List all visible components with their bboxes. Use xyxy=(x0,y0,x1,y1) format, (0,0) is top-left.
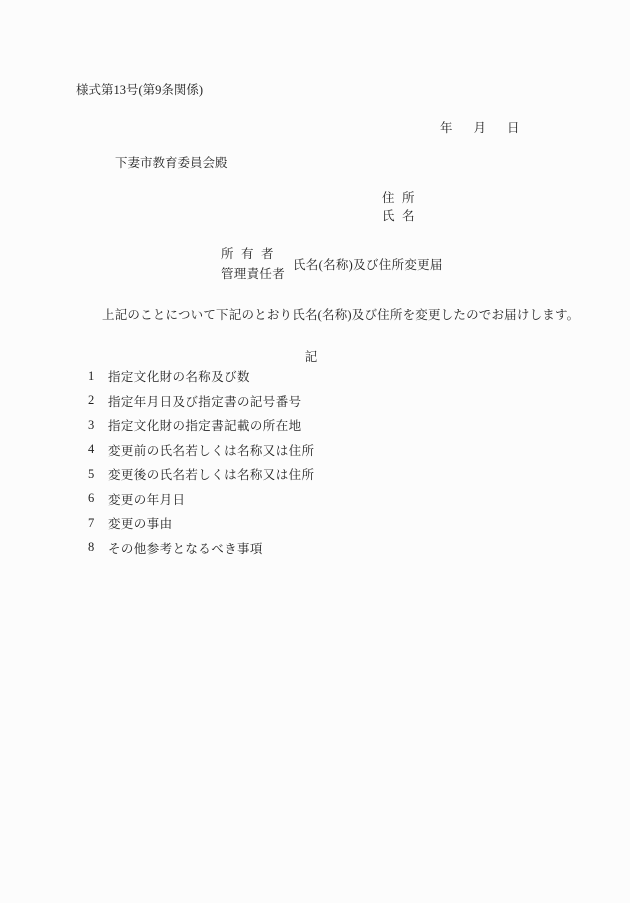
submitter-block: 住所 氏名 xyxy=(382,190,422,225)
title-block: 所有者 管理責任者 氏名(名称)及び住所変更届 xyxy=(221,244,443,284)
item-text: 変更の事由 xyxy=(108,514,173,532)
month-label: 月 xyxy=(474,121,508,135)
item-text: 指定文化財の指定書記載の所在地 xyxy=(108,416,302,434)
section-heading: 記 xyxy=(0,347,622,365)
list-item: 4 変更前の氏名若しくは名称又は住所 xyxy=(88,438,314,463)
address-label: 住所 xyxy=(382,190,422,208)
item-list: 1 指定文化財の名称及び数 2 指定年月日及び指定書の記号番号 3 指定文化財の… xyxy=(88,364,314,560)
list-item: 3 指定文化財の指定書記載の所在地 xyxy=(88,413,314,438)
list-item: 8 その他参考となるべき事項 xyxy=(88,536,314,561)
form-title: 氏名(名称)及び住所変更届 xyxy=(293,255,443,273)
name-label: 氏名 xyxy=(382,208,422,226)
item-number: 2 xyxy=(88,393,96,408)
manager-role-label: 管理責任者 xyxy=(221,264,287,284)
item-text: 変更の年月日 xyxy=(108,490,185,508)
item-number: 7 xyxy=(88,516,96,531)
list-item: 7 変更の事由 xyxy=(88,511,314,536)
item-number: 8 xyxy=(88,540,96,555)
item-number: 4 xyxy=(88,442,96,457)
item-number: 5 xyxy=(88,467,96,482)
item-number: 3 xyxy=(88,418,96,433)
item-number: 6 xyxy=(88,491,96,506)
item-text: その他参考となるべき事項 xyxy=(108,539,263,557)
declarant-roles: 所有者 管理責任者 xyxy=(221,244,287,284)
body-paragraph: 上記のことについて下記のとおり氏名(名称)及び住所を変更したのでお届けします。 xyxy=(102,305,579,323)
item-number: 1 xyxy=(88,369,96,384)
year-label: 年 xyxy=(440,121,474,135)
date-line: 年月日 xyxy=(440,118,541,136)
addressee: 下妻市教育委員会殿 xyxy=(115,153,228,171)
item-text: 変更前の氏名若しくは名称又は住所 xyxy=(108,441,314,459)
list-item: 1 指定文化財の名称及び数 xyxy=(88,364,314,389)
owner-role-label: 所有者 xyxy=(221,244,287,264)
list-item: 5 変更後の氏名若しくは名称又は住所 xyxy=(88,462,314,487)
day-label: 日 xyxy=(507,121,541,135)
list-item: 6 変更の年月日 xyxy=(88,487,314,512)
list-item: 2 指定年月日及び指定書の記号番号 xyxy=(88,389,314,414)
item-text: 変更後の氏名若しくは名称又は住所 xyxy=(108,465,314,483)
document-page: 様式第13号(第9条関係) 年月日 下妻市教育委員会殿 住所 氏名 所有者 管理… xyxy=(0,0,630,903)
item-text: 指定年月日及び指定書の記号番号 xyxy=(108,392,302,410)
form-number: 様式第13号(第9条関係) xyxy=(76,80,203,98)
item-text: 指定文化財の名称及び数 xyxy=(108,367,250,385)
